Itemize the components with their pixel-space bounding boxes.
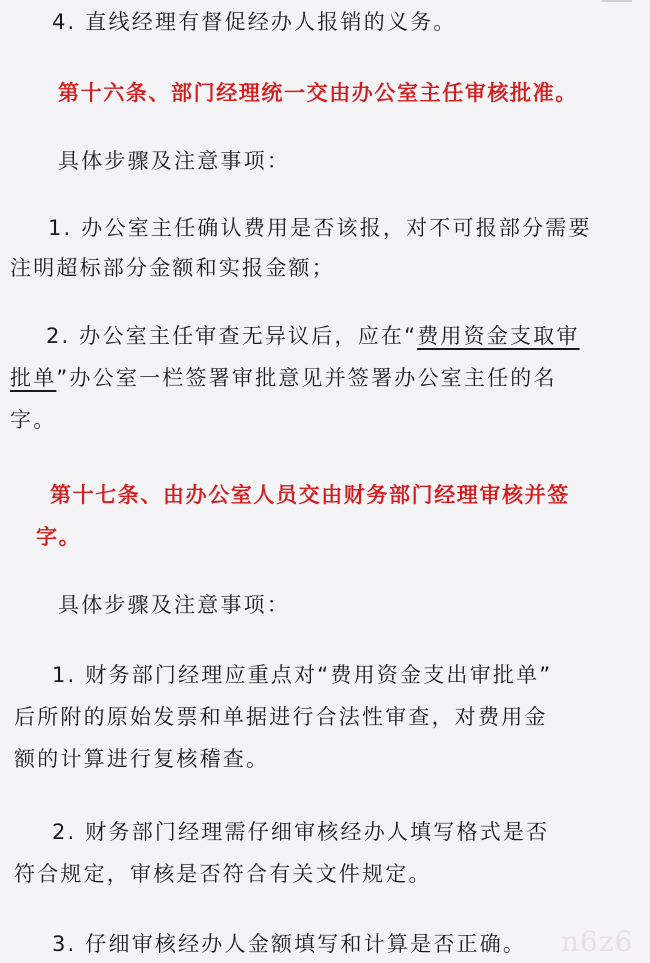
- top-edge-mark: [602, 0, 632, 2]
- document-page: 4. 直线经理有督促经办人报销的义务。 第十六条、部门经理统一交由办公室主任审核…: [0, 0, 650, 963]
- form-name-underlined: 费用资金支取审: [417, 324, 579, 348]
- article17-heading-line2: 字。: [36, 523, 81, 551]
- article16-item1-line1: 1. 办公室主任确认费用是否该报，对不可报部分需要: [48, 214, 592, 242]
- article17-item1-line3: 额的计算进行复核稽查。: [14, 745, 269, 773]
- watermark: n6z6: [561, 925, 633, 958]
- article17-item2-line1: 2. 财务部门经理需仔细审核经办人填写格式是否: [52, 818, 549, 846]
- article17-steps-label: 具体步骤及注意事项：: [58, 591, 290, 619]
- article17-item2-line2: 符合规定，审核是否符合有关文件规定。: [14, 860, 432, 888]
- article16-item2-line3: 字。: [10, 406, 56, 434]
- article16-steps-label: 具体步骤及注意事项：: [58, 147, 290, 175]
- article17-item1-line2: 后所附的原始发票和单据进行合法性审查，对费用金: [14, 703, 548, 731]
- form-name-underlined-cont: 批单: [10, 366, 56, 390]
- article16-item2-line2: 批单”办公室一栏签署审批意见并签署办公室主任的名: [10, 364, 557, 392]
- article16-heading: 第十六条、部门经理统一交由办公室主任审核批准。: [58, 79, 578, 107]
- article15-item4: 4. 直线经理有督促经办人报销的义务。: [52, 8, 457, 36]
- article16-item2-line1: 2. 办公室主任审查无异议后，应在“费用资金支取审: [46, 322, 580, 350]
- article17-heading-line1: 第十七条、由办公室人员交由财务部门经理审核并签: [50, 481, 570, 509]
- article17-item3-line1: 3. 仔细审核经办人金额填写和计算是否正确。: [52, 930, 526, 958]
- item2-text: 2. 办公室主任审查无异议后，应在“: [46, 324, 417, 348]
- article17-item1-line1: 1. 财务部门经理应重点对“费用资金支出审批单”: [52, 661, 552, 689]
- item2-text-cont: ”办公室一栏签署审批意见并签署办公室主任的名: [56, 366, 556, 390]
- article16-item1-line2: 注明超标部分金额和实报金额；: [10, 254, 335, 282]
